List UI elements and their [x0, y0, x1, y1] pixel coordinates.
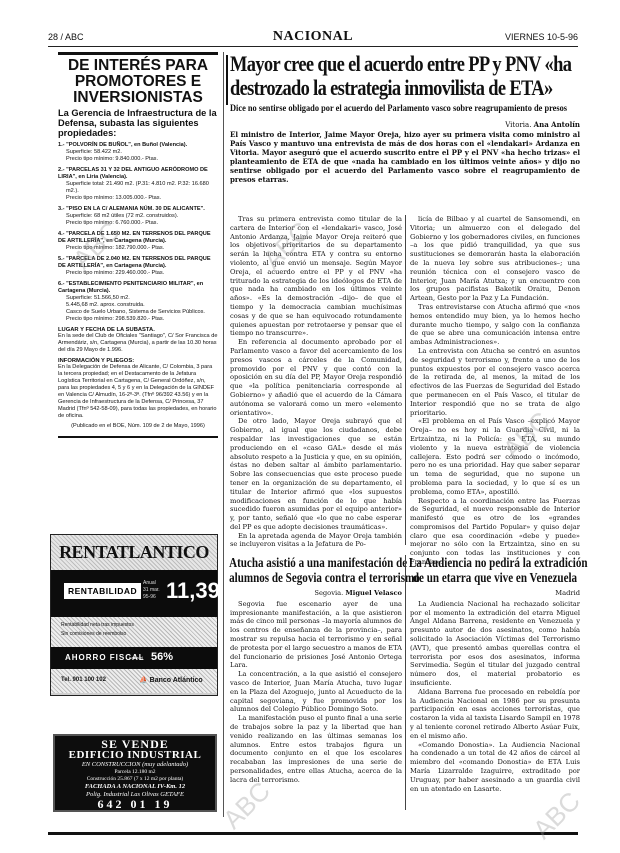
ad-intro: La Gerencia de Infraestructura de la Def…	[58, 108, 218, 138]
paragraph: «El problema en el País Vasco –explicó M…	[410, 417, 580, 496]
property-item: 5.- "PARCELA DE 2.040 M2. EN TERRENOS DE…	[58, 256, 218, 277]
benefits-list: Rentabilidad neta tras impuestos Sin com…	[51, 617, 217, 647]
rate-label: RENTABILIDAD	[64, 583, 141, 599]
place-text: En la sede del Club de Oficiales "Santia…	[58, 333, 218, 354]
property-title: 1.- "POLVORÍN DE BUÑOL", en Buñol (Valen…	[58, 142, 218, 149]
section-title: NACIONAL	[48, 29, 578, 45]
article-column-1: Tras su primera entrevista como titular …	[230, 215, 402, 549]
divider	[58, 52, 218, 55]
benefit-row: Rentabilidad neta tras impuestos	[61, 621, 207, 630]
industrial-building-sale-ad: SE VENDE EDIFICIO INDUSTRIAL EN CONSTRUC…	[53, 734, 217, 812]
column-rule	[223, 52, 224, 817]
bank-phone: Tel. 901 100 102	[61, 677, 106, 683]
property-item: 3.- "PISO EN LA C/ ALEMANIA NÚM. 30 DE A…	[58, 206, 218, 227]
page-header: 28 / ABC NACIONAL VIERNES 10-5-96	[48, 30, 578, 47]
rate-period: Anual 31 mar. 95-96	[143, 580, 160, 601]
paragraph: Tras entrevistarse con Atucha afirmó que…	[410, 303, 580, 347]
property-detail: Superficie: 58.422 m2.	[58, 149, 218, 156]
bank-logo: ⛵ Banco Atlántico	[139, 676, 203, 684]
fiscal-band: AHORRO FISCAL hasta el 56%	[51, 647, 217, 669]
article-headline: La Audiencia no pedirá la extradición de…	[425, 555, 564, 585]
property-detail: Superficie total: 21.490 m2. (P.31: 4.81…	[58, 181, 218, 195]
column-rule	[405, 215, 406, 545]
paragraph: La manifestación puso el punto final a u…	[230, 714, 402, 784]
paragraph: Segovia fue escenario ayer de una impres…	[230, 600, 402, 670]
ad-title: DE INTERÉS PARA PROMOTORES E INVERSIONIS…	[58, 58, 218, 106]
segovia-article: Atucha asistió a una manifestación de al…	[230, 555, 402, 785]
venezuela-article: La Audiencia no pedirá la extradición de…	[410, 555, 580, 793]
paragraph: En la apretada agenda de Mayor Oreja tam…	[230, 532, 402, 550]
paragraph: En referencia al documento aprobado por …	[230, 338, 402, 417]
byline: Segovia. Miguel Velasco	[230, 589, 402, 598]
newspaper-page: 28 / ABC NACIONAL VIERNES 10-5-96 DE INT…	[0, 0, 620, 853]
rentatlantico-ad: RENTATLANTICO F.I.M. RENTABILIDAD Anual …	[50, 534, 218, 696]
paragraph: La concentración, a la que asistió el co…	[230, 670, 402, 714]
property-detail: Superficie: 68 m2 útiles (72 m2. constru…	[58, 213, 218, 220]
byline: Madrid	[410, 589, 580, 598]
property-item: 1.- "POLVORÍN DE BUÑOL", en Buñol (Valen…	[58, 142, 218, 163]
property-detail: 5.445,68 m2. aprox. construida.	[58, 302, 218, 309]
issue-date: VIERNES 10-5-96	[505, 32, 578, 42]
fiscal-value: 56%	[151, 651, 173, 663]
sale-phone: 642 01 19	[55, 799, 215, 810]
property-detail: Precio tipo mínimo: 298.539.820.- Ptas.	[58, 316, 218, 323]
paragraph: La entrevista con Atucha se centró en as…	[410, 347, 580, 417]
headline-rule	[226, 55, 228, 105]
ad-title-line: PROMOTORES E	[58, 74, 218, 90]
paragraph: licía de Bilbao y al cuartel de Sansomen…	[410, 215, 580, 303]
property-detail: Precio tipo mínimo: 182.790.000.- Ptas.	[58, 245, 218, 252]
property-item: 6.- "ESTABLECIMIENTO PENITENCIARIO MILIT…	[58, 281, 218, 323]
defense-auction-ad: DE INTERÉS PARA PROMOTORES E INVERSIONIS…	[58, 52, 218, 438]
subheadline: Dice no sentirse obligado por el acuerdo…	[230, 104, 581, 114]
headline-line: Mayor cree que el acuerdo entre PP y PNV…	[230, 52, 579, 76]
property-item: 4.- "PARCELA DE 1.650 M2. EN TERRENOS DE…	[58, 231, 218, 252]
fiscal-mid: hasta el	[129, 655, 143, 660]
sale-line: Construcción 25.867 (7 x 12 m2 por plant…	[55, 776, 215, 783]
article-headline: Atucha asistió a una manifestación de al…	[245, 555, 386, 585]
byline: Vitoria. Ana Antolín	[230, 120, 580, 129]
property-item: 2.- "PARCELAS 31 Y 32 DEL ANTIGUO AERÓDR…	[58, 167, 218, 202]
watermark: ABC	[217, 776, 277, 836]
property-title: 4.- "PARCELA DE 1.650 M2. EN TERRENOS DE…	[58, 231, 218, 245]
property-title: 5.- "PARCELA DE 2.040 M2. EN TERRENOS DE…	[58, 256, 218, 270]
paragraph: La Audiencia Nacional ha rechazado solic…	[410, 600, 580, 688]
sale-line: Parcela 12.180 m2	[55, 769, 215, 776]
property-detail: Precio tipo mínimo: 9.840.000.- Ptas.	[58, 156, 218, 163]
info-text: En la Delegación de Defensa de Alicante,…	[58, 364, 218, 420]
property-title: 2.- "PARCELAS 31 Y 32 DEL ANTIGUO AERÓDR…	[58, 167, 218, 181]
paragraph: De otro lado, Mayor Oreja subrayó que el…	[230, 417, 402, 531]
paragraph: Tras su primera entrevista como titular …	[230, 215, 402, 338]
paragraph: «Comando Donostia». La Audiencia Naciona…	[410, 741, 580, 794]
sale-line: FACHADA A NACIONAL IV-Km. 12	[55, 783, 215, 791]
lead-paragraph: El ministro de Interior, Jaime Mayor Ore…	[230, 130, 580, 184]
property-title: 6.- "ESTABLECIMIENTO PENITENCIARIO MILIT…	[58, 281, 218, 295]
benefit-row: Sin comisiones de reembolso	[61, 630, 207, 639]
article-column-2: licía de Bilbao y al cuartel de Sansomen…	[410, 215, 580, 567]
property-detail: Precio tipo mínimo: 229.460.000.- Ptas.	[58, 270, 218, 277]
headline: Mayor cree que el acuerdo entre PP y PNV…	[230, 52, 579, 100]
bank-footer: Tel. 901 100 102 ⛵ Banco Atlántico	[51, 669, 217, 693]
sale-subtitle: EDIFICIO INDUSTRIAL	[55, 750, 215, 761]
divider	[58, 436, 218, 438]
watermark: ABC	[527, 786, 587, 846]
boe-reference: (Publicado en el BOE, Núm. 109 de 2 de M…	[58, 423, 218, 430]
fund-name: RENTATLANTICO F.I.M.	[51, 535, 217, 570]
property-title: 3.- "PISO EN LA C/ ALEMANIA NÚM. 30 DE A…	[58, 206, 218, 213]
rate-band: RENTABILIDAD Anual 31 mar. 95-96 11,39%*	[51, 570, 217, 617]
property-detail: Precio tipo mínimo: 13.005.000.- Ptas.	[58, 195, 218, 202]
main-article: Mayor cree que el acuerdo entre PP y PNV…	[230, 52, 580, 184]
ad-title-line: INVERSIONISTAS	[58, 90, 218, 106]
property-detail: Precio tipo mínimo: 6.760.000.- Ptas.	[58, 220, 218, 227]
column-rule	[405, 555, 406, 810]
page-bottom-rule	[48, 832, 578, 835]
headline-line: destrozado la estrategia inmovilista de …	[230, 76, 579, 100]
property-detail: Superficie: 51.566,50 m2.	[58, 295, 218, 302]
paragraph: Aldana Barrena fue procesado en rebeldía…	[410, 688, 580, 741]
sale-line: EN CONSTRUCCION (muy adelantado)	[55, 761, 215, 769]
property-detail: Casco de Suelo Urbano, Sistema de Servic…	[58, 309, 218, 316]
ad-title-line: DE INTERÉS PARA	[58, 58, 218, 74]
